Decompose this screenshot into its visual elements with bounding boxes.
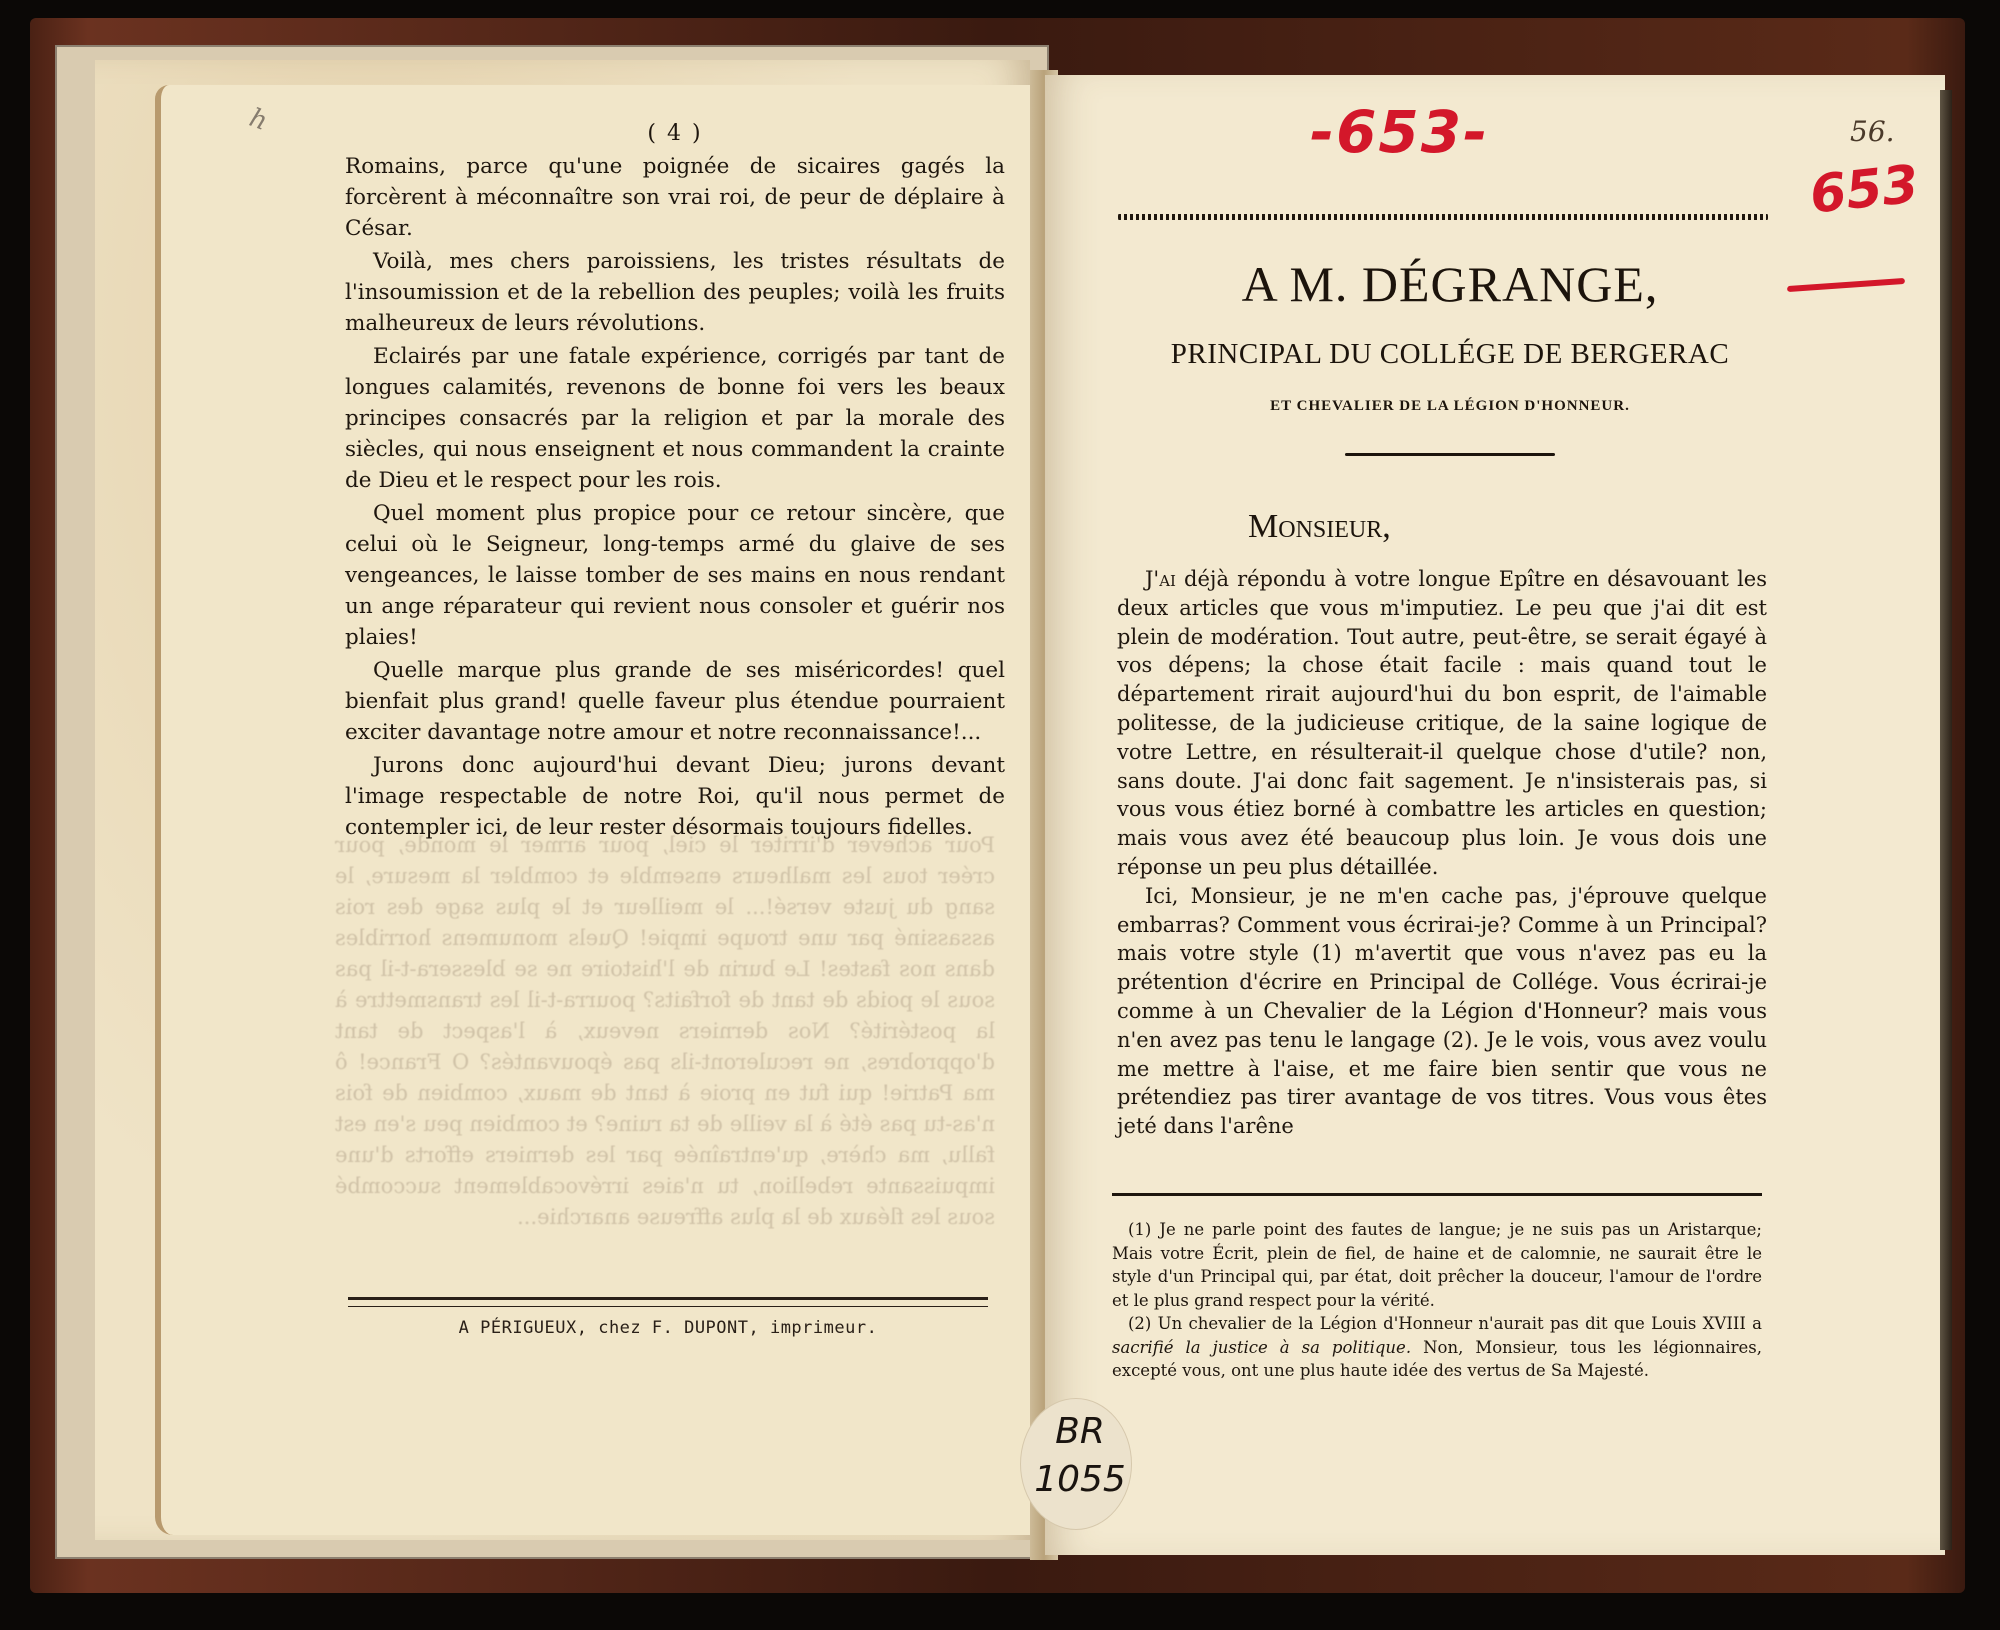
paragraph: Ici, Monsieur, je ne m'en cache pas, j'é… <box>1117 882 1767 1141</box>
title-rule <box>1345 453 1555 456</box>
footnote-1: (1) Je ne parle point des fautes de lang… <box>1112 1218 1762 1312</box>
red-corner-number: 653 <box>1807 154 1921 225</box>
right-page-edge <box>1940 90 1952 1550</box>
printer-imprint: A PÉRIGUEUX, chez F. DUPONT, imprimeur. <box>348 1318 988 1338</box>
letter-subtitle: PRINCIPAL DU COLLÉGE DE BERGERAC <box>1100 338 1800 371</box>
call-number-line2: 1055 <box>1030 1456 1130 1504</box>
show-through-text: Pour achever d'irriter le ciel, pour arm… <box>335 830 995 1250</box>
footnotes: (1) Je ne parle point des fautes de lang… <box>1112 1218 1762 1383</box>
footnote-italic-quote: sacrifié la justice à sa politique. <box>1112 1338 1411 1357</box>
footnote-text: (2) Un chevalier de la Légion d'Honneur … <box>1128 1314 1762 1333</box>
letter-title: A M. DÉGRANGE, <box>1100 255 1800 313</box>
right-page-body: J'ai déjà répondu à votre longue Epître … <box>1117 565 1767 1141</box>
paragraph: Eclairés par une fatale expérience, corr… <box>345 341 1005 496</box>
left-page-body: ( 4 ) Romains, parce qu'une poignée de s… <box>345 118 1005 845</box>
paragraph: J'ai déjà répondu à votre longue Epître … <box>1117 565 1767 882</box>
paragraph-text: déjà répondu à votre longue Epître en dé… <box>1117 567 1767 879</box>
paragraph: Quel moment plus propice pour ce retour … <box>345 498 1005 653</box>
opening-word: J'ai <box>1145 567 1176 591</box>
page-number: ( 4 ) <box>345 118 1005 149</box>
footnote-2: (2) Un chevalier de la Légion d'Honneur … <box>1112 1312 1762 1383</box>
salutation: Monsieur, <box>1248 508 1391 546</box>
letter-subtitle-secondary: ET CHEVALIER DE LA LÉGION D'HONNEUR. <box>1100 398 1800 415</box>
footnote-rule <box>1112 1193 1762 1196</box>
paragraph: Jurons donc aujourd'hui devant Dieu; jur… <box>345 750 1005 843</box>
paragraph: Romains, parce qu'une poignée de sicaire… <box>345 151 1005 244</box>
imprint-rule <box>348 1297 988 1307</box>
paragraph: Voilà, mes chers paroissiens, les triste… <box>345 246 1005 339</box>
pencil-folio: 56. <box>1850 115 1895 148</box>
red-shelf-number: -653- <box>1310 98 1489 166</box>
call-number-line1: BR <box>1030 1408 1130 1456</box>
paragraph: Quelle marque plus grande de ses miséric… <box>345 655 1005 748</box>
call-number-label: BR 1055 <box>1030 1408 1130 1504</box>
